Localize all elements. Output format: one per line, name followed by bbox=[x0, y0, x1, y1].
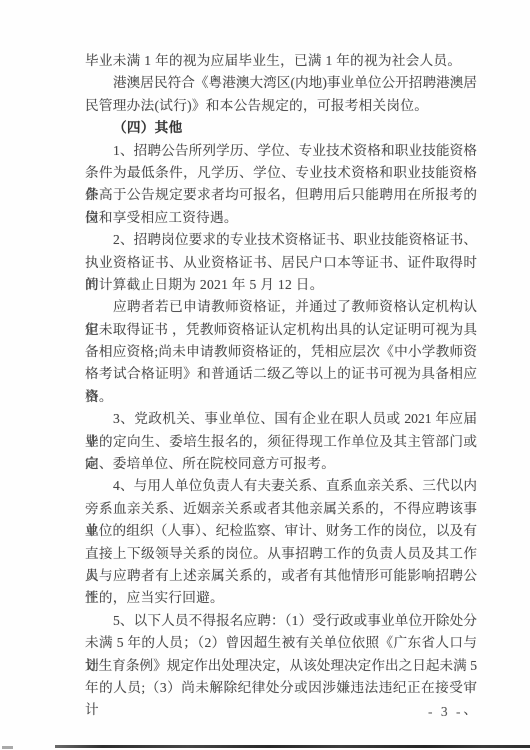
document-line: 但未取得证书 ，凭教师资格证认定机构出具的认定证明可视为具 bbox=[85, 319, 477, 341]
document-line: 向、委培单位、所在院校同意方可报考。 bbox=[85, 453, 477, 475]
document-line: 格考试合格证明》和普通话二级乙等以上的证书可视为具备相应资 bbox=[85, 363, 477, 385]
document-line: 旁系血亲关系、近姻亲关系或者其他亲属关系的，不得应聘该事业 bbox=[85, 498, 477, 520]
document-line: 3、党政机关、事业单位、国有企业在职人员或 2021 年应届毕 bbox=[85, 408, 477, 430]
document-line: 直接上下级领导关系的岗位。从事招聘工作的负责人员及其工作人 bbox=[85, 543, 477, 565]
document-line: 性的，应当实行回避。 bbox=[85, 587, 477, 609]
document-line: 条件为最低条件，凡学历、学位、专业技术资格和职业技能资格条 bbox=[85, 162, 477, 184]
document-line: 员与应聘者有上述亲属关系的，或者有其他情形可能影响招聘公正 bbox=[85, 565, 477, 587]
section-heading: （四）其他 bbox=[85, 117, 477, 139]
document-line: 应聘者若已申请教师资格证，并通过了教师资格认定机构认定 bbox=[85, 296, 477, 318]
document-line: 格。 bbox=[85, 386, 477, 408]
document-text: 毕业未满 1 年的视为应届毕业生，已满 1 年的视为社会人员。港澳居民符合《粤港… bbox=[85, 50, 477, 699]
document-line: 港澳居民符合《粤港澳大湾区(内地)事业单位公开招聘港澳居 bbox=[85, 72, 477, 94]
scan-artifact-line bbox=[55, 745, 530, 748]
document-page: 毕业未满 1 年的视为应届毕业生，已满 1 年的视为社会人员。港澳居民符合《粤港… bbox=[0, 0, 530, 750]
document-line: 民管理办法(试行)》和本公告规定的，可报考相关岗位。 bbox=[85, 95, 477, 117]
document-line: 毕业未满 1 年的视为应届毕业生，已满 1 年的视为社会人员。 bbox=[85, 50, 477, 72]
document-line: 的计算截止日期为 2021 年 5 月 12 日。 bbox=[85, 274, 477, 296]
document-line: 2、招聘岗位要求的专业技术资格证书、职业技能资格证书、 bbox=[85, 229, 477, 251]
document-line: 业的定向生、委培生报名的，须征得现工作单位及其主管部门或定 bbox=[85, 431, 477, 453]
document-line: 位和享受相应工资待遇。 bbox=[85, 207, 477, 229]
document-line: 单位的组织（人事）、纪检监察、审计、财务工作的岗位，以及有 bbox=[85, 520, 477, 542]
document-line: 件高于公告规定要求者均可报名，但聘用后只能聘用在所报考的岗 bbox=[85, 184, 477, 206]
document-line: 年的人员;（3）尚未解除纪律处分或因涉嫌违法违纪正在接受审计、 bbox=[85, 677, 477, 699]
document-line: 执业资格证书、从业资格证书、居民户口本等证书、证件取得时间 bbox=[85, 252, 477, 274]
document-line: 4、与用人单位负责人有夫妻关系、直系血亲关系、三代以内 bbox=[85, 475, 477, 497]
document-line: 未满 5 年的人员；（2）曾因超生被有关单位依照《广东省人口与计 bbox=[85, 632, 477, 654]
document-line: 5、以下人员不得报名应聘：（1）受行政或事业单位开除处分 bbox=[85, 610, 477, 632]
scan-artifact-dot bbox=[2, 746, 13, 749]
document-line: 划生育条例》规定作出处理决定，从该处理决定作出之日起未满 5 bbox=[85, 655, 477, 677]
document-line: 1、招聘公告所列学历、学位、专业技术资格和职业技能资格 bbox=[85, 140, 477, 162]
document-line: 备相应资格;尚未申请教师资格证的，凭相应层次《中小学教师资 bbox=[85, 341, 477, 363]
page-number: - 3 - bbox=[428, 704, 488, 720]
